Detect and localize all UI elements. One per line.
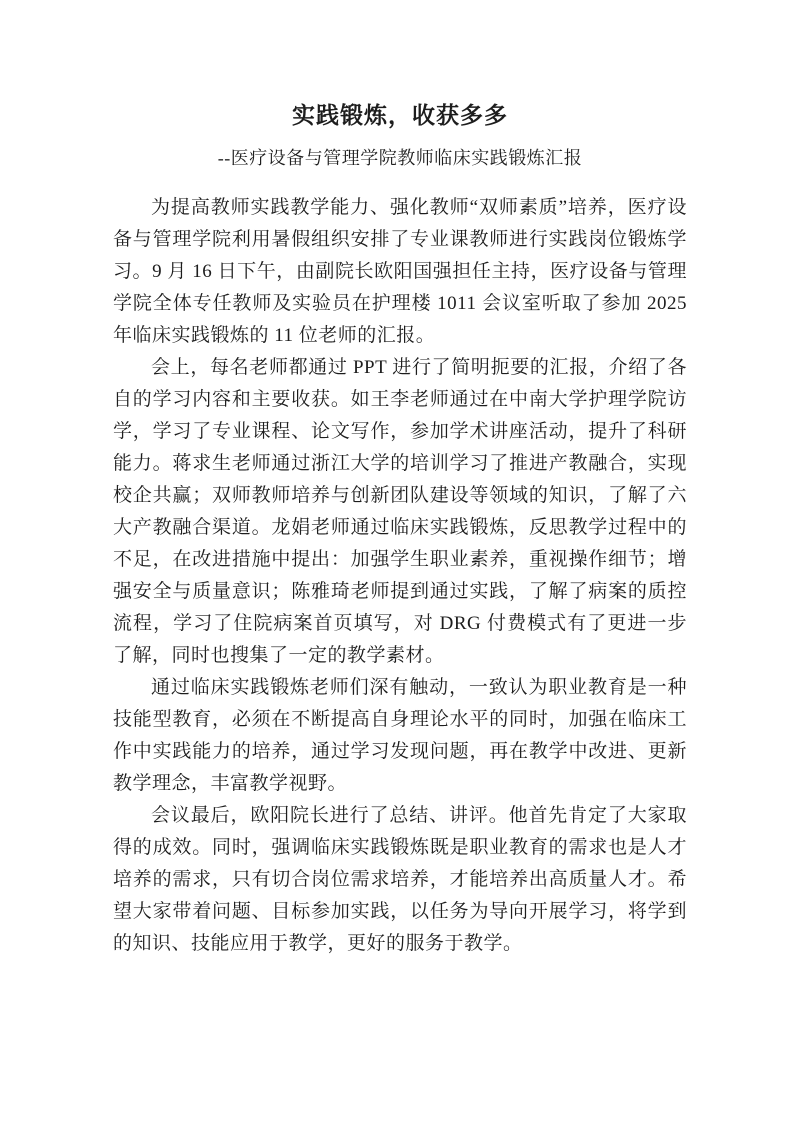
- body-paragraph-1: 为提高教师实践教学能力、强化教师“双师素质”培养，医疗设备与管理学院利用暑假组织…: [113, 192, 687, 352]
- document-subtitle: --医疗设备与管理学院教师临床实践锻炼汇报: [113, 145, 687, 171]
- document-page: 实践锻炼，收获多多 --医疗设备与管理学院教师临床实践锻炼汇报 为提高教师实践教…: [0, 0, 793, 1122]
- body-paragraph-4: 会议最后，欧阳院长进行了总结、讲评。他首先肯定了大家取得的成效。同时，强调临床实…: [113, 800, 687, 960]
- body-paragraph-2: 会上，每名老师都通过 PPT 进行了简明扼要的汇报，介绍了各自的学习内容和主要收…: [113, 352, 687, 672]
- document-title: 实践锻炼，收获多多: [113, 101, 687, 131]
- body-paragraph-3: 通过临床实践锻炼老师们深有触动，一致认为职业教育是一种技能型教育，必须在不断提高…: [113, 672, 687, 800]
- document-body: 为提高教师实践教学能力、强化教师“双师素质”培养，医疗设备与管理学院利用暑假组织…: [113, 192, 687, 960]
